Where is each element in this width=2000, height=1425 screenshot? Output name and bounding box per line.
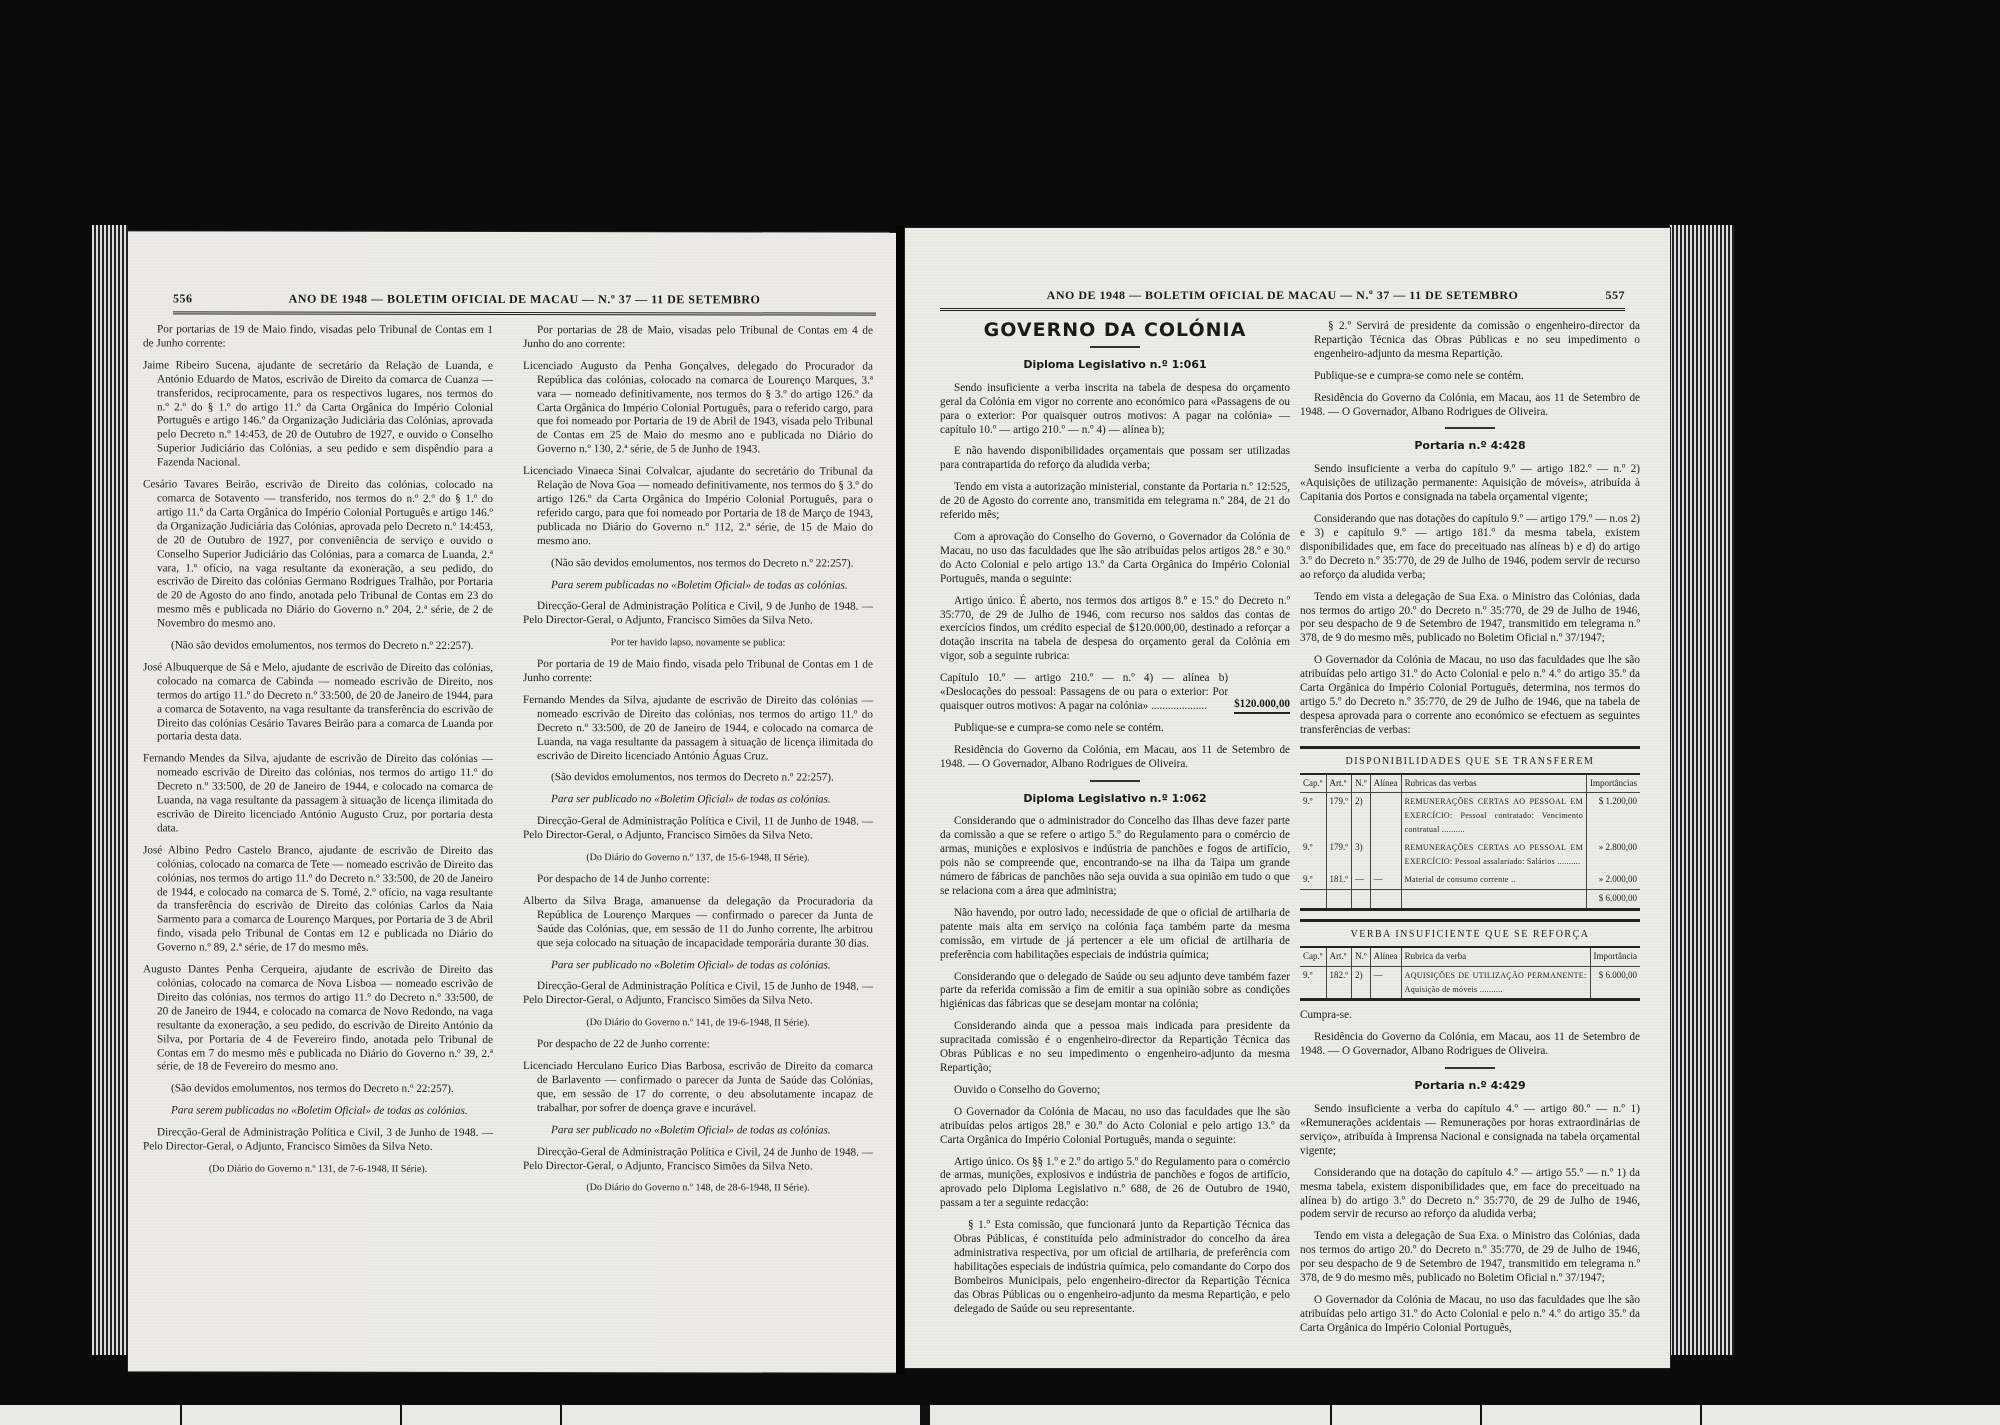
table-cell: 3) — [1352, 839, 1371, 871]
column-header: N.º — [1352, 947, 1371, 966]
paragraph: Para serem publicadas no «Boletim Oficia… — [143, 1105, 493, 1120]
credit-rubric: Capítulo 10.º — artigo 210.º — n.º 4) — … — [940, 672, 1290, 714]
portaria-4429-title: Portaria n.º 4:429 — [1300, 1079, 1640, 1093]
table-cell: — — [1370, 966, 1401, 1000]
paragraph: Alberto da Silva Braga, amanuense da del… — [523, 895, 873, 951]
right-page: ANO DE 1948 — BOLETIM OFICIAL DE MACAU —… — [905, 228, 1670, 1368]
table-2-title: VERBA INSUFICIENTE QUE SE REFORÇA — [1300, 919, 1640, 942]
table-cell: 9.º — [1300, 839, 1326, 871]
table-cell: $ 6.000,00 — [1590, 966, 1640, 1000]
paragraph: Não havendo, por outro lado, necessidade… — [940, 907, 1290, 963]
paragraph-2: § 2.º Servirá de presidente da comissão … — [1300, 320, 1640, 362]
portaria-4429-body: Sendo insuficiente a verba do capítulo 4… — [1300, 1103, 1640, 1336]
credit-amount: $120.000,00 — [1234, 698, 1290, 714]
paragraph: Por portaria de 19 de Maio findo, visada… — [523, 658, 873, 686]
column-header: Importância — [1590, 947, 1640, 966]
table-cell: Material de consumo corrente .. — [1401, 871, 1586, 889]
column-header: Cap.º — [1300, 774, 1326, 793]
paragraph: (São devidos emolumentos, nos termos do … — [143, 1083, 493, 1098]
paragraph: Considerando que o administrador do Conc… — [940, 815, 1290, 898]
paragraph: (Do Diário do Governo n.º 131, de 7-6-19… — [143, 1162, 493, 1177]
diploma-1061-body: Sendo insuficiente a verba inscrita na t… — [940, 382, 1290, 664]
portaria-4428-title: Portaria n.º 4:428 — [1300, 439, 1640, 453]
divider — [1445, 427, 1495, 429]
column-header: Importâncias — [1587, 774, 1640, 793]
table-cell: 182.º — [1326, 966, 1352, 1000]
left-page-edges — [92, 225, 128, 1355]
publish-clause: Publique-se e cumpra-se como nele se con… — [940, 722, 1290, 736]
column-header: N.º — [1352, 774, 1371, 793]
paragraph: Para ser publicado no «Boletim Oficial» … — [523, 1124, 873, 1139]
divider — [1445, 1067, 1495, 1069]
reinforcement-table: Cap.ºArt.ºN.ºAlíneaRubrica da verbaImpor… — [1300, 946, 1640, 1002]
paragraph: Considerando que na dotação do capítulo … — [1300, 1167, 1640, 1223]
table-1-title: DISPONIBILIDADES QUE SE TRANSFEREM — [1300, 746, 1640, 769]
table-cell: 179.º — [1326, 793, 1352, 839]
paragraph: Direcção-Geral de Administração Política… — [523, 1146, 873, 1174]
right-page-edges — [1670, 225, 1734, 1355]
paragraph: Para ser publicado no «Boletim Oficial» … — [523, 793, 873, 808]
divider — [1090, 346, 1140, 348]
column-header: Cap.º — [1300, 947, 1326, 966]
paragraph: José Albino Pedro Castelo Branco, ajudan… — [143, 844, 493, 956]
signature: Residência do Governo da Colónia, em Mac… — [1300, 1031, 1640, 1059]
paragraph: Tendo em vista a delegação de Sua Exa. o… — [1300, 591, 1640, 647]
paragraph: E não havendo disponibilidades orçamenta… — [940, 445, 1290, 473]
paragraph: Cesário Tavares Beirão, escrivão de Dire… — [143, 478, 493, 632]
table-cell: AQUISIÇÕES DE UTILIZAÇÃO PERMANENTE: Aqu… — [1401, 966, 1590, 1000]
diploma-1061-title: Diploma Legislativo n.º 1:061 — [940, 358, 1290, 372]
paragraph: Por portarias de 28 de Maio, visadas pel… — [523, 324, 873, 352]
paragraph: Direcção-Geral de Administração Política… — [523, 980, 873, 1008]
table-cell: $ 1.200,00 — [1587, 793, 1640, 839]
paragraph: Licenciado Augusto da Penha Gonçalves, d… — [523, 360, 873, 458]
signature: Residência do Governo da Colónia, em Mac… — [1300, 392, 1640, 420]
diploma-1062-title: Diploma Legislativo n.º 1:062 — [940, 792, 1290, 806]
paragraph: Jaime Ribeiro Sucena, ajudante de secret… — [143, 359, 493, 471]
paragraph: Considerando que o delegado de Saúde ou … — [940, 971, 1290, 1013]
section-title: GOVERNO DA COLÓNIA — [940, 324, 1290, 338]
column-header: Art.º — [1326, 947, 1352, 966]
signature: Residência do Governo da Colónia, em Mac… — [940, 744, 1290, 772]
book-spine — [896, 225, 905, 1375]
table-cell: REMUNERAÇÕES CERTAS AO PESSOAL EM EXERCÍ… — [1401, 793, 1586, 839]
table-row: 9.º179.º3)REMUNERAÇÕES CERTAS AO PESSOAL… — [1300, 839, 1640, 871]
paragraph: Considerando ainda que a pessoa mais ind… — [940, 1020, 1290, 1076]
paragraph: (Não são devidos emolumentos, nos termos… — [523, 557, 873, 572]
table-cell: 2) — [1352, 793, 1371, 839]
right-column-2: § 2.º Servirá de presidente da comissão … — [1300, 320, 1640, 1344]
paragraph: Licenciado Herculano Eurico Dias Barbosa… — [523, 1060, 873, 1116]
paragraph: Artigo único. Os §§ 1.º e 2.º do artigo … — [940, 1156, 1290, 1212]
table-row: 9.º181.º——Material de consumo corrente .… — [1300, 871, 1640, 889]
table-cell: » 2.800,00 — [1587, 839, 1640, 871]
table-row: 9.º179.º2)REMUNERAÇÕES CERTAS AO PESSOAL… — [1300, 793, 1640, 839]
film-strip-edge — [0, 1405, 2000, 1425]
table-cell: 179.º — [1326, 839, 1352, 871]
table-cell: 2) — [1352, 966, 1371, 1000]
paragraph: (Não são devidos emolumentos, nos termos… — [143, 639, 493, 654]
left-running-header: 556 ANO DE 1948 — BOLETIM OFICIAL DE MAC… — [173, 291, 876, 315]
table-cell: 9.º — [1300, 793, 1326, 839]
paragraph: Por despacho de 22 de Junho corrente: — [523, 1038, 873, 1053]
paragraph: (Do Diário do Governo n.º 137, de 15-6-1… — [523, 851, 873, 866]
total-row: $ 6.000,00 — [1300, 889, 1640, 909]
paragraph: Por portarias de 19 de Maio findo, visad… — [143, 323, 493, 351]
paragraph: Artigo único. É aberto, nos termos dos a… — [940, 595, 1290, 665]
table-cell: 9.º — [1300, 871, 1326, 889]
rubric-text: Capítulo 10.º — artigo 210.º — n.º 4) — … — [940, 672, 1234, 714]
paragraph: Fernando Mendes da Silva, ajudante de es… — [143, 753, 493, 837]
paragraph: O Governador da Colónia de Macau, no uso… — [940, 1106, 1290, 1148]
table-cell: — — [1352, 871, 1371, 889]
paragraph: Licenciado Vinaeca Sinai Colvalcar, ajud… — [523, 465, 873, 549]
column-header: Alínea — [1370, 774, 1401, 793]
paragraph: Ouvido o Conselho do Governo; — [940, 1084, 1290, 1098]
paragraph: Sendo insuficiente a verba do capítulo 9… — [1300, 463, 1640, 505]
diploma-1062-body: Considerando que o administrador do Conc… — [940, 815, 1290, 1211]
portaria-4428-body: Sendo insuficiente a verba do capítulo 9… — [1300, 463, 1640, 737]
table-cell: — — [1370, 871, 1401, 889]
running-head: ANO DE 1948 — BOLETIM OFICIAL DE MACAU —… — [173, 291, 876, 307]
paragraph: O Governador da Colónia de Macau, no uso… — [1300, 1294, 1640, 1336]
paragraph: (São devidos emolumentos, nos termos do … — [523, 771, 873, 786]
right-column-1: GOVERNO DA COLÓNIA Diploma Legislativo n… — [940, 320, 1290, 1324]
divider — [1090, 780, 1140, 782]
paragraph: Direcção-Geral de Administração Política… — [143, 1126, 493, 1154]
column-header: Rubricas das verbas — [1401, 774, 1586, 793]
left-column-2: Por portarias de 28 de Maio, visadas pel… — [523, 324, 873, 1204]
table-cell: REMUNERAÇÕES CERTAS AO PESSOAL EM EXERCÍ… — [1401, 839, 1586, 871]
right-running-header: ANO DE 1948 — BOLETIM OFICIAL DE MACAU —… — [940, 288, 1625, 311]
paragraph: Fernando Mendes da Silva, ajudante de es… — [523, 694, 873, 764]
table-row: 9.º182.º2)—AQUISIÇÕES DE UTILIZAÇÃO PERM… — [1300, 966, 1640, 1000]
table-cell — [1370, 793, 1401, 839]
page-number: 557 — [1606, 288, 1626, 303]
column-header: Rubrica da verba — [1401, 947, 1590, 966]
paragraph: Para ser publicado no «Boletim Oficial» … — [523, 959, 873, 974]
paragraph: Por despacho de 14 de Junho corrente: — [523, 873, 873, 888]
left-page: 556 ANO DE 1948 — BOLETIM OFICIAL DE MAC… — [128, 231, 896, 1372]
running-head: ANO DE 1948 — BOLETIM OFICIAL DE MACAU —… — [940, 288, 1625, 303]
transfers-table: Cap.ºArt.ºN.ºAlíneaRubricas das verbasIm… — [1300, 773, 1640, 911]
paragraph: O Governador da Colónia de Macau, no uso… — [1300, 654, 1640, 737]
table-cell — [1370, 839, 1401, 871]
left-column-1: Por portarias de 19 de Maio findo, visad… — [143, 323, 493, 1184]
paragraph: Para serem publicadas no «Boletim Oficia… — [523, 579, 873, 594]
publish-clause: Cumpra-se. — [1300, 1009, 1640, 1023]
column-header: Alínea — [1370, 947, 1401, 966]
paragraph: José Albuquerque de Sá e Melo, ajudante … — [143, 661, 493, 745]
paragraph: Sendo insuficiente a verba inscrita na t… — [940, 382, 1290, 438]
paragraph: (Do Diário do Governo n.º 148, de 28-6-1… — [523, 1181, 873, 1196]
paragraph: Com a aprovação do Conselho do Governo, … — [940, 531, 1290, 587]
publish-clause: Publique-se e cumpra-se como nele se con… — [1300, 370, 1640, 384]
table-cell: 9.º — [1300, 966, 1326, 1000]
paragraph: Tendo em vista a delegação de Sua Exa. o… — [1300, 1230, 1640, 1286]
paragraph: Tendo em vista a autorização ministerial… — [940, 481, 1290, 523]
paragraph: Por ter havido lapso, novamente se publi… — [523, 636, 873, 651]
paragraph: Direcção-Geral de Administração Política… — [523, 815, 873, 843]
paragraph: Direcção-Geral de Administração Política… — [523, 600, 873, 628]
paragraph: (Do Diário do Governo n.º 141, de 19-6-1… — [523, 1016, 873, 1031]
column-header: Art.º — [1326, 774, 1352, 793]
table-cell: 181.º — [1326, 871, 1352, 889]
paragraph: Sendo insuficiente a verba do capítulo 4… — [1300, 1103, 1640, 1159]
total-amount: $ 6.000,00 — [1587, 889, 1640, 909]
paragraph: Considerando que nas dotações do capítul… — [1300, 513, 1640, 583]
paragraph-1: § 1.º Esta comissão, que funcionará junt… — [940, 1219, 1290, 1316]
table-cell: » 2.000,00 — [1587, 871, 1640, 889]
paragraph: Augusto Dantes Penha Cerqueira, ajudante… — [143, 963, 493, 1075]
